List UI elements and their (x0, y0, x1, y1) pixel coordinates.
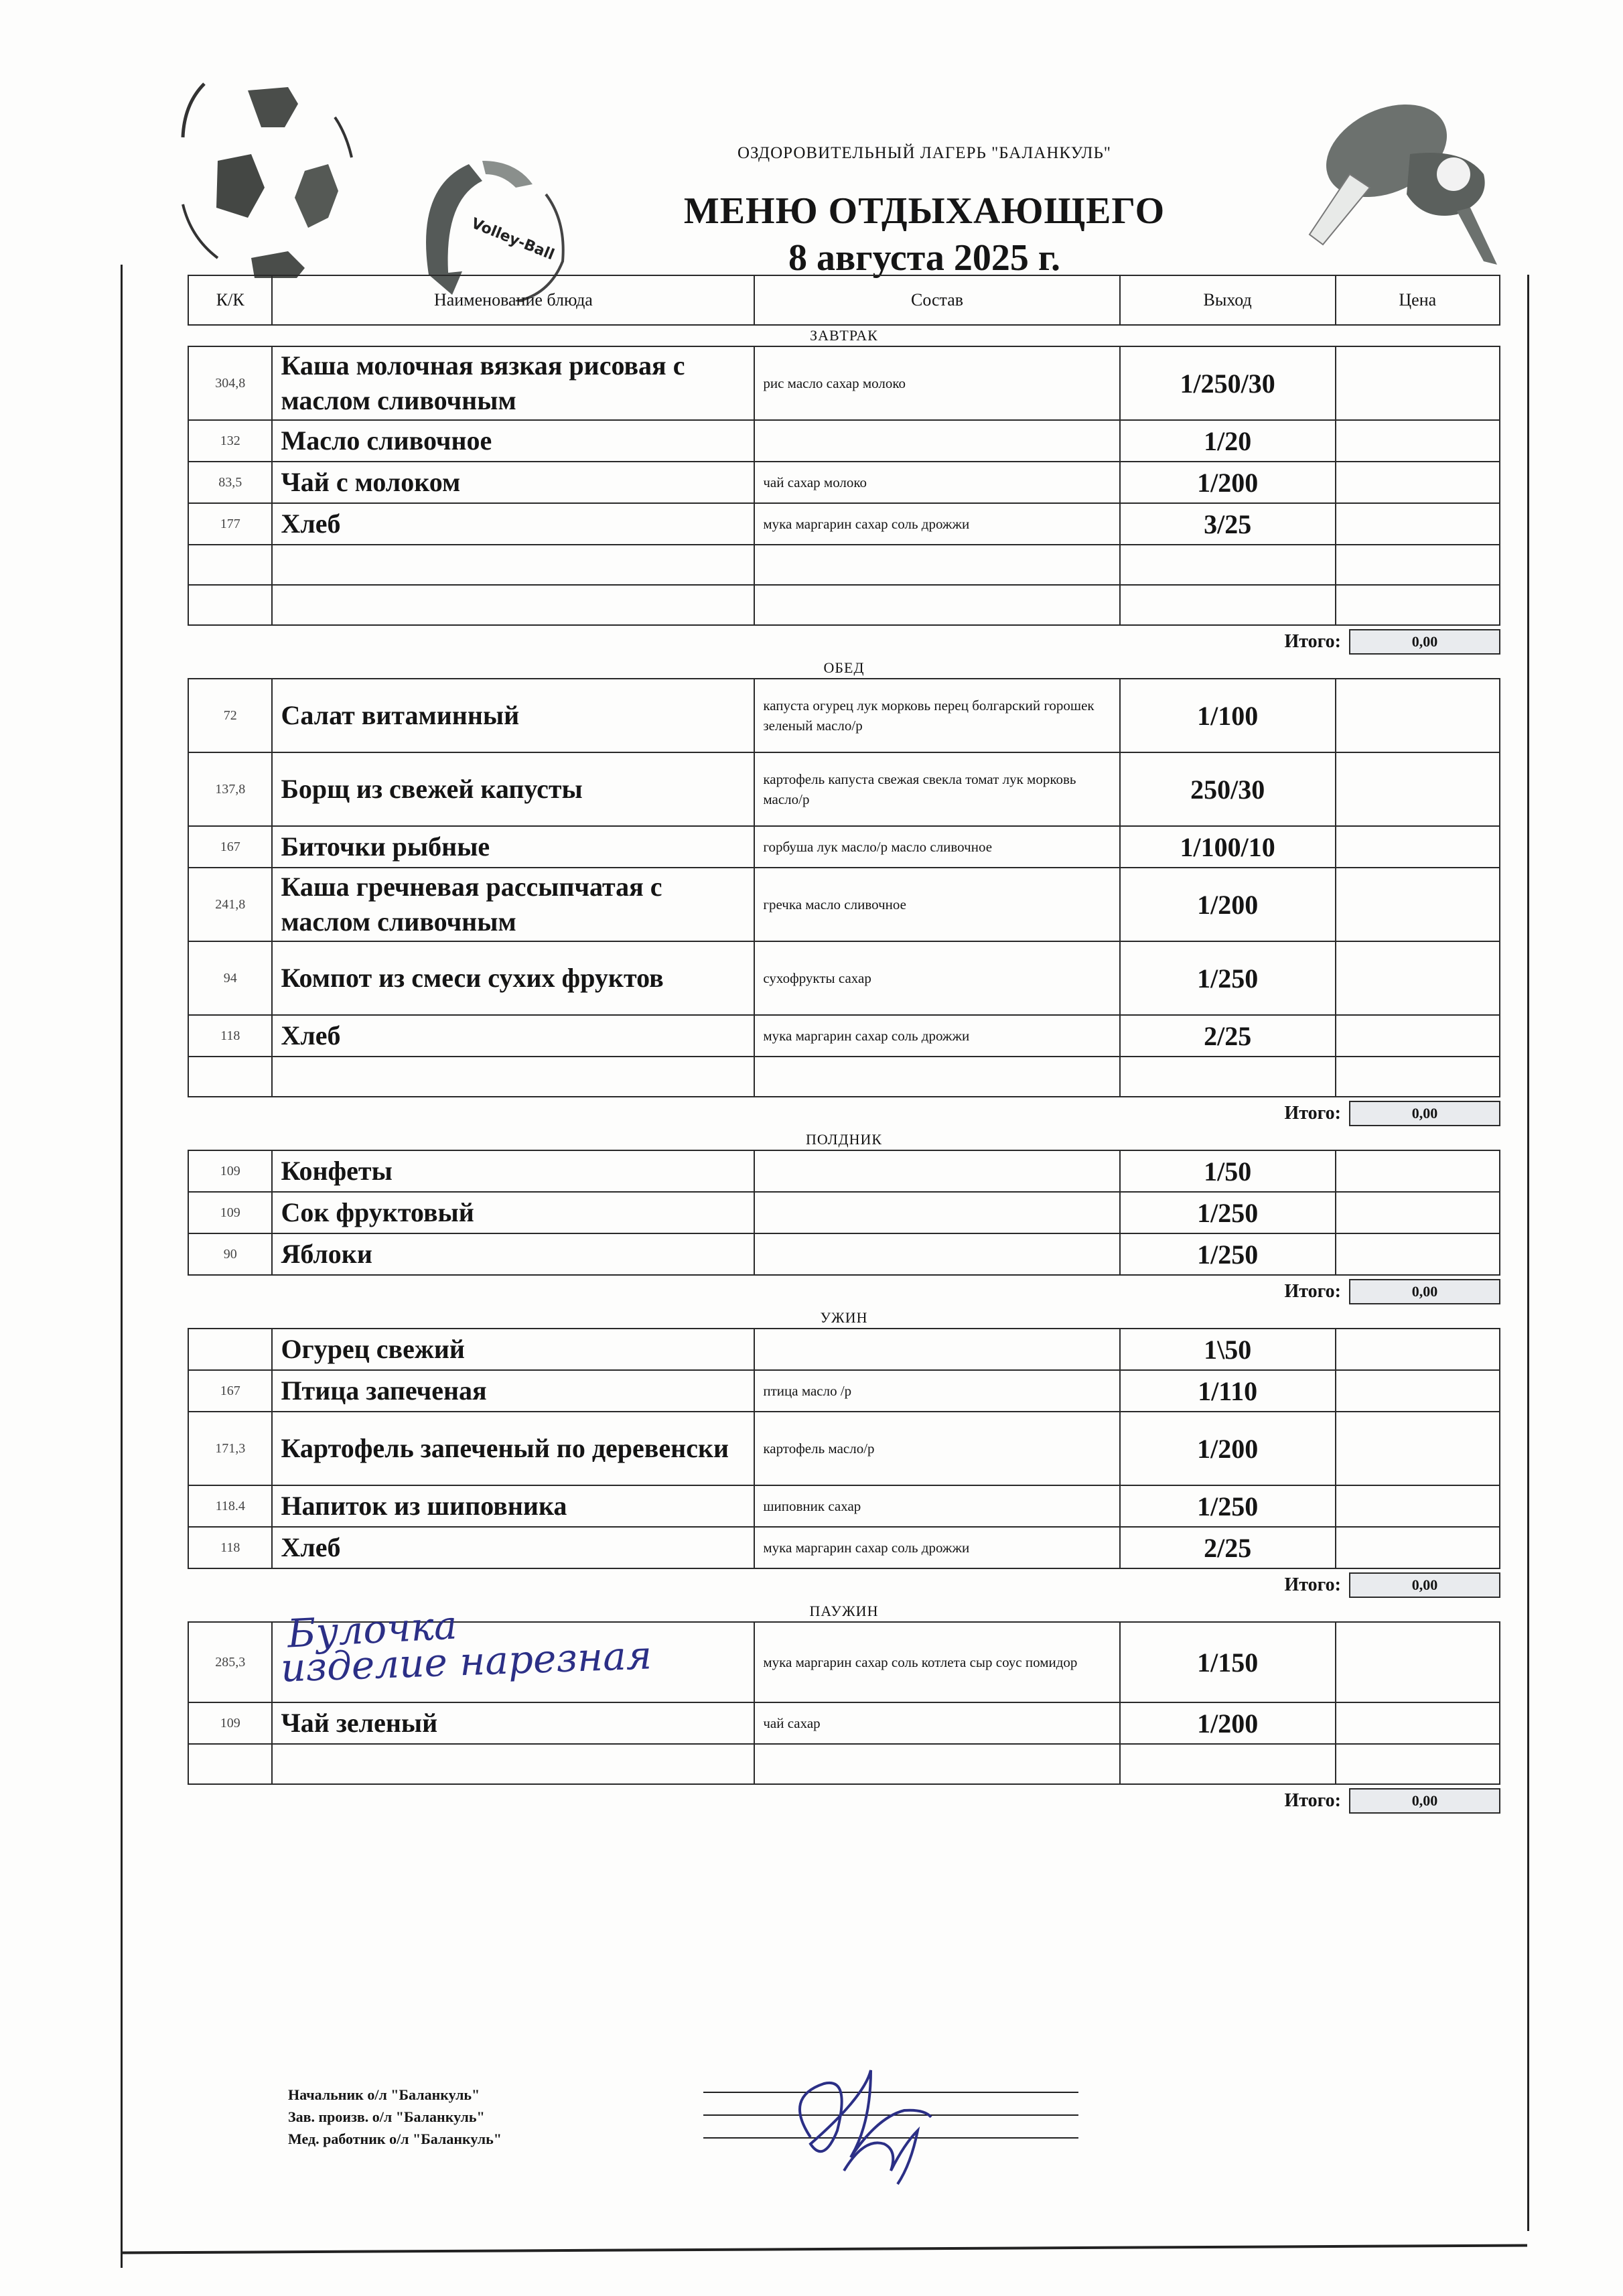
price-cell (1336, 503, 1500, 545)
composition-cell: капуста огурец лук морковь перец болгарс… (754, 679, 1119, 752)
output-cell: 3/25 (1120, 503, 1336, 545)
dish-name-cell: Конфеты (272, 1150, 754, 1192)
table-row (188, 1744, 1500, 1784)
price-cell (1336, 679, 1500, 752)
table-row: 94Компот из смеси сухих фруктовсухофрукт… (188, 941, 1500, 1015)
composition-cell (754, 1233, 1119, 1275)
price-cell (1336, 1015, 1500, 1057)
price-cell (1336, 1329, 1500, 1370)
column-header-kk: К/К (188, 275, 272, 325)
table-row: 167Птица запеченаяптица масло /р1/110 (188, 1370, 1500, 1412)
document-header: ОЗДОРОВИТЕЛЬНЫЙ ЛАГЕРЬ "БАЛАНКУЛЬ" МЕНЮ … (589, 134, 1259, 279)
output-cell: 2/25 (1120, 1015, 1336, 1057)
dish-name-cell: Картофель запеченый по деревенски (272, 1412, 754, 1485)
price-cell (1336, 346, 1500, 420)
price-cell (1336, 1233, 1500, 1275)
output-cell (1120, 585, 1336, 625)
table-row: 90Яблоки1/250 (188, 1233, 1500, 1275)
dish-name-cell: Огурец свежий (272, 1329, 754, 1370)
menu-header-table: К/К Наименование блюда Состав Выход Цена (188, 275, 1500, 326)
composition-cell: картофель капуста свежая свекла томат лу… (754, 752, 1119, 826)
composition-cell (754, 1057, 1119, 1097)
recipe-number-cell: 109 (188, 1702, 272, 1744)
recipe-number-cell: 83,5 (188, 462, 272, 503)
price-cell (1336, 1744, 1500, 1784)
section-total: Итого:0,00 (188, 1785, 1500, 1817)
output-cell: 1/150 (1120, 1622, 1336, 1702)
table-row: 118Хлебмука маргарин сахар соль дрожжи2/… (188, 1015, 1500, 1057)
output-cell: 2/25 (1120, 1527, 1336, 1568)
output-cell: 1/50 (1120, 1150, 1336, 1192)
price-cell (1336, 1622, 1500, 1702)
output-cell: 1/250 (1120, 1485, 1336, 1527)
table-row: 109Чай зеленыйчай сахар1/200 (188, 1702, 1500, 1744)
recipe-number-cell: 118 (188, 1527, 272, 1568)
output-cell (1120, 545, 1336, 585)
composition-cell (754, 420, 1119, 462)
total-value: 0,00 (1349, 1572, 1500, 1598)
dish-name-cell (272, 1744, 754, 1784)
composition-cell: чай сахар (754, 1702, 1119, 1744)
recipe-number-cell: 137,8 (188, 752, 272, 826)
table-row: Огурец свежий1\50 (188, 1329, 1500, 1370)
price-cell (1336, 462, 1500, 503)
column-header-output: Выход (1120, 275, 1336, 325)
price-cell (1336, 1370, 1500, 1412)
price-cell (1336, 941, 1500, 1015)
recipe-number-cell: 177 (188, 503, 272, 545)
section-total: Итого:0,00 (188, 1097, 1500, 1130)
table-row: 118.4Напиток из шиповникашиповник сахар1… (188, 1485, 1500, 1527)
price-cell (1336, 1412, 1500, 1485)
dish-name-cell: Каша гречневая рассыпчатая с маслом слив… (272, 868, 754, 941)
dish-name-cell: Каша молочная вязкая рисовая с маслом сл… (272, 346, 754, 420)
table-row: 241,8Каша гречневая рассыпчатая с маслом… (188, 868, 1500, 941)
price-cell (1336, 585, 1500, 625)
recipe-number-cell (188, 1744, 272, 1784)
meal-table: 72Салат витаминныйкапуста огурец лук мор… (188, 678, 1500, 1097)
price-cell (1336, 545, 1500, 585)
table-row: 137,8Борщ из свежей капустыкартофель кап… (188, 752, 1500, 826)
recipe-number-cell: 109 (188, 1150, 272, 1192)
composition-cell: птица масло /р (754, 1370, 1119, 1412)
dish-name-cell: Булочкаизделие нарезная (272, 1622, 754, 1702)
composition-cell: мука маргарин сахар соль котлета сыр соу… (754, 1622, 1119, 1702)
total-value: 0,00 (1349, 1788, 1500, 1814)
composition-cell: чай сахар молоко (754, 462, 1119, 503)
recipe-number-cell (188, 1329, 272, 1370)
recipe-number-cell: 167 (188, 1370, 272, 1412)
column-header-price: Цена (1336, 275, 1500, 325)
total-label: Итого: (1284, 1574, 1341, 1596)
table-row: 177Хлебмука маргарин сахар соль дрожжи3/… (188, 503, 1500, 545)
dish-name-cell: Чай с молоком (272, 462, 754, 503)
recipe-number-cell: 109 (188, 1192, 272, 1233)
output-cell: 250/30 (1120, 752, 1336, 826)
soccer-ball-icon (164, 64, 385, 278)
dish-name-cell: Хлеб (272, 1527, 754, 1568)
recipe-number-cell: 171,3 (188, 1412, 272, 1485)
composition-cell: сухофрукты сахар (754, 941, 1119, 1015)
output-cell: 1/200 (1120, 1412, 1336, 1485)
composition-cell: рис масло сахар молоко (754, 346, 1119, 420)
recipe-number-cell: 285,3 (188, 1622, 272, 1702)
dish-name-cell: Борщ из свежей капусты (272, 752, 754, 826)
table-row: 109Конфеты1/50 (188, 1150, 1500, 1192)
price-cell (1336, 868, 1500, 941)
dish-name-cell: Биточки рыбные (272, 826, 754, 868)
meal-table: Огурец свежий1\50167Птица запеченаяптица… (188, 1328, 1500, 1569)
price-cell (1336, 1702, 1500, 1744)
composition-cell (754, 1150, 1119, 1192)
price-cell (1336, 1485, 1500, 1527)
recipe-number-cell: 167 (188, 826, 272, 868)
output-cell: 1/250/30 (1120, 346, 1336, 420)
output-cell: 1/250 (1120, 1233, 1336, 1275)
composition-cell: картофель масло/р (754, 1412, 1119, 1485)
output-cell: 1/250 (1120, 941, 1336, 1015)
output-cell (1120, 1744, 1336, 1784)
dish-name-cell: Чай зеленый (272, 1702, 754, 1744)
recipe-number-cell: 304,8 (188, 346, 272, 420)
dish-name-cell (272, 1057, 754, 1097)
dish-name-cell (272, 585, 754, 625)
composition-cell: мука маргарин сахар соль дрожжи (754, 1015, 1119, 1057)
total-label: Итого: (1284, 1103, 1341, 1124)
camp-name: ОЗДОРОВИТЕЛЬНЫЙ ЛАГЕРЬ "БАЛАНКУЛЬ" (589, 144, 1259, 163)
page-border-bottom (121, 2244, 1527, 2254)
price-cell (1336, 1057, 1500, 1097)
section-title: ПОЛДНИК (188, 1130, 1500, 1150)
section-title: ЗАВТРАК (188, 326, 1500, 346)
total-label: Итого: (1284, 631, 1341, 653)
composition-cell: мука маргарин сахар соль дрожжи (754, 503, 1119, 545)
recipe-number-cell: 94 (188, 941, 272, 1015)
signature-block: Начальник о/л "Баланкуль" Зав. произв. о… (288, 2084, 1293, 2150)
composition-cell: шиповник сахар (754, 1485, 1119, 1527)
composition-cell (754, 1744, 1119, 1784)
table-row (188, 585, 1500, 625)
table-row: 72Салат витаминныйкапуста огурец лук мор… (188, 679, 1500, 752)
section-total: Итого:0,00 (188, 1276, 1500, 1308)
dish-name-cell: Хлеб (272, 1015, 754, 1057)
composition-cell (754, 1192, 1119, 1233)
table-row: 167Биточки рыбныегорбуша лук масло/р мас… (188, 826, 1500, 868)
output-cell: 1/200 (1120, 1702, 1336, 1744)
section-total: Итого:0,00 (188, 1569, 1500, 1601)
composition-cell (754, 545, 1119, 585)
dish-name-cell: Салат витаминный (272, 679, 754, 752)
composition-cell: горбуша лук масло/р масло сливочное (754, 826, 1119, 868)
table-row: 118Хлебмука маргарин сахар соль дрожжи2/… (188, 1527, 1500, 1568)
menu-sections: ЗАВТРАК304,8Каша молочная вязкая рисовая… (188, 326, 1500, 1817)
composition-cell: гречка масло сливочное (754, 868, 1119, 941)
recipe-number-cell: 118 (188, 1015, 272, 1057)
section-total: Итого:0,00 (188, 626, 1500, 658)
page-border-left (121, 265, 123, 2268)
recipe-number-cell: 72 (188, 679, 272, 752)
output-cell: 1/20 (1120, 420, 1336, 462)
recipe-number-cell: 132 (188, 420, 272, 462)
composition-cell (754, 585, 1119, 625)
menu-sheet: К/К Наименование блюда Состав Выход Цена… (188, 275, 1500, 1817)
document-date: 8 августа 2025 г. (589, 237, 1259, 279)
total-label: Итого: (1284, 1790, 1341, 1812)
dish-name-cell: Компот из смеси сухих фруктов (272, 941, 754, 1015)
price-cell (1336, 1150, 1500, 1192)
recipe-number-cell (188, 545, 272, 585)
output-cell: 1\50 (1120, 1329, 1336, 1370)
price-cell (1336, 752, 1500, 826)
output-cell: 1/100/10 (1120, 826, 1336, 868)
ping-pong-paddles-icon (1283, 100, 1504, 281)
table-row (188, 545, 1500, 585)
dish-name-cell: Сок фруктовый (272, 1192, 754, 1233)
recipe-number-cell: 118.4 (188, 1485, 272, 1527)
dish-name-cell: Птица запеченая (272, 1370, 754, 1412)
dish-name-cell: Яблоки (272, 1233, 754, 1275)
output-cell: 1/200 (1120, 868, 1336, 941)
meal-table: 304,8Каша молочная вязкая рисовая с масл… (188, 346, 1500, 626)
price-cell (1336, 826, 1500, 868)
dish-name-cell: Напиток из шиповника (272, 1485, 754, 1527)
dish-name-cell: Хлеб (272, 503, 754, 545)
output-cell: 1/250 (1120, 1192, 1336, 1233)
table-row: 304,8Каша молочная вязкая рисовая с масл… (188, 346, 1500, 420)
table-row: 109Сок фруктовый1/250 (188, 1192, 1500, 1233)
recipe-number-cell (188, 585, 272, 625)
composition-cell: мука маргарин сахар соль дрожжи (754, 1527, 1119, 1568)
recipe-number-cell: 241,8 (188, 868, 272, 941)
dish-name-cell (272, 545, 754, 585)
column-header-composition: Состав (754, 275, 1119, 325)
column-header-name: Наименование блюда (272, 275, 754, 325)
total-value: 0,00 (1349, 629, 1500, 655)
handwritten-correction: Булочкаизделие нарезная (281, 1637, 746, 1687)
price-cell (1336, 420, 1500, 462)
total-value: 0,00 (1349, 1101, 1500, 1126)
table-row (188, 1057, 1500, 1097)
total-label: Итого: (1284, 1281, 1341, 1302)
section-title: УЖИН (188, 1308, 1500, 1328)
table-row: 132Масло сливочное1/20 (188, 420, 1500, 462)
price-cell (1336, 1527, 1500, 1568)
table-row: 83,5Чай с молокомчай сахар молоко1/200 (188, 462, 1500, 503)
total-value: 0,00 (1349, 1279, 1500, 1304)
dish-name-cell: Масло сливочное (272, 420, 754, 462)
page-border-right (1527, 275, 1529, 2231)
table-row: 171,3Картофель запеченый по деревенскика… (188, 1412, 1500, 1485)
output-cell: 1/200 (1120, 462, 1336, 503)
price-cell (1336, 1192, 1500, 1233)
recipe-number-cell: 90 (188, 1233, 272, 1275)
meal-table: 109Конфеты1/50109Сок фруктовый1/25090Ябл… (188, 1150, 1500, 1276)
document-title: МЕНЮ ОТДЫХАЮЩЕГО (589, 190, 1259, 232)
signature-scrawl-icon (770, 2057, 971, 2191)
recipe-number-cell (188, 1057, 272, 1097)
section-title: ОБЕД (188, 658, 1500, 678)
table-row: 285,3Булочкаизделие нарезнаямука маргари… (188, 1622, 1500, 1702)
output-cell: 1/100 (1120, 679, 1336, 752)
meal-table: 285,3Булочкаизделие нарезнаямука маргари… (188, 1621, 1500, 1785)
output-cell: 1/110 (1120, 1370, 1336, 1412)
svg-text:Volley-Ball: Volley-Ball (469, 215, 557, 263)
output-cell (1120, 1057, 1336, 1097)
composition-cell (754, 1329, 1119, 1370)
